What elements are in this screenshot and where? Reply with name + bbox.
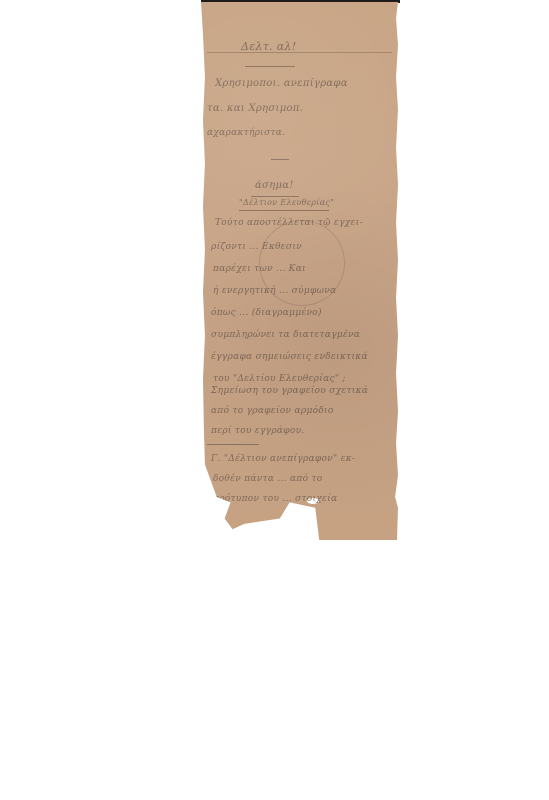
note-line: Τούτο αποστέλλεται τῷ εγχει- — [215, 218, 363, 228]
note-line: ή ενεργητική ... σύμφωνα — [213, 286, 336, 296]
paper-fold-line — [207, 52, 392, 53]
note-line: παρέχει των ... Και — [213, 264, 306, 274]
section-underline — [251, 196, 299, 197]
note-line: έγγραφα σημειώσεις ενδεικτικά — [211, 352, 368, 362]
note-line-struck: όπως ... (διαγραμμένο) — [211, 308, 322, 318]
paper-tear-hole — [307, 498, 319, 504]
note-line: Σημείωση του γραφείου σχετικά — [211, 386, 368, 396]
note-line: συμπληρώνει τα διατεταγμένα — [211, 330, 360, 340]
note-line: Γ. "Δέλτιον ανεπίγραφον" εκ- — [211, 454, 355, 464]
note-line: πρότυπον του ... στοιχεία — [213, 494, 337, 504]
heading-underline — [245, 66, 295, 67]
note-line: από το γραφείον αρμόδιο — [211, 406, 334, 416]
note-heading: Δελτ. αλ! — [241, 40, 296, 53]
faded-stamp-mark — [259, 220, 345, 306]
note-line: αχαρακτήριστα. — [207, 128, 285, 138]
note-subtitle: "Δέλτιον Ελευθερίας" — [239, 198, 334, 207]
subtitle-underline — [239, 210, 329, 211]
note-line: περί του εγγράφου. — [211, 426, 305, 436]
handwritten-paper-slip: Δελτ. αλ! Χρησιμοποι. ανεπίγραφα τα. και… — [201, 2, 398, 540]
separator-line — [207, 444, 259, 445]
note-line: τα. και Χρησιμοπ. — [207, 103, 303, 114]
note-line: του "Δελτίου Ελευθερίας" ; — [213, 374, 346, 384]
note-line: Χρησιμοποι. ανεπίγραφα — [215, 78, 348, 89]
note-line: ρίζοντι ... Εκθεσιν — [211, 242, 302, 252]
separator-dash — [271, 159, 289, 160]
note-line: δοθέν πάντα ... από το — [213, 474, 323, 484]
section-title: άσημα! — [255, 180, 294, 191]
